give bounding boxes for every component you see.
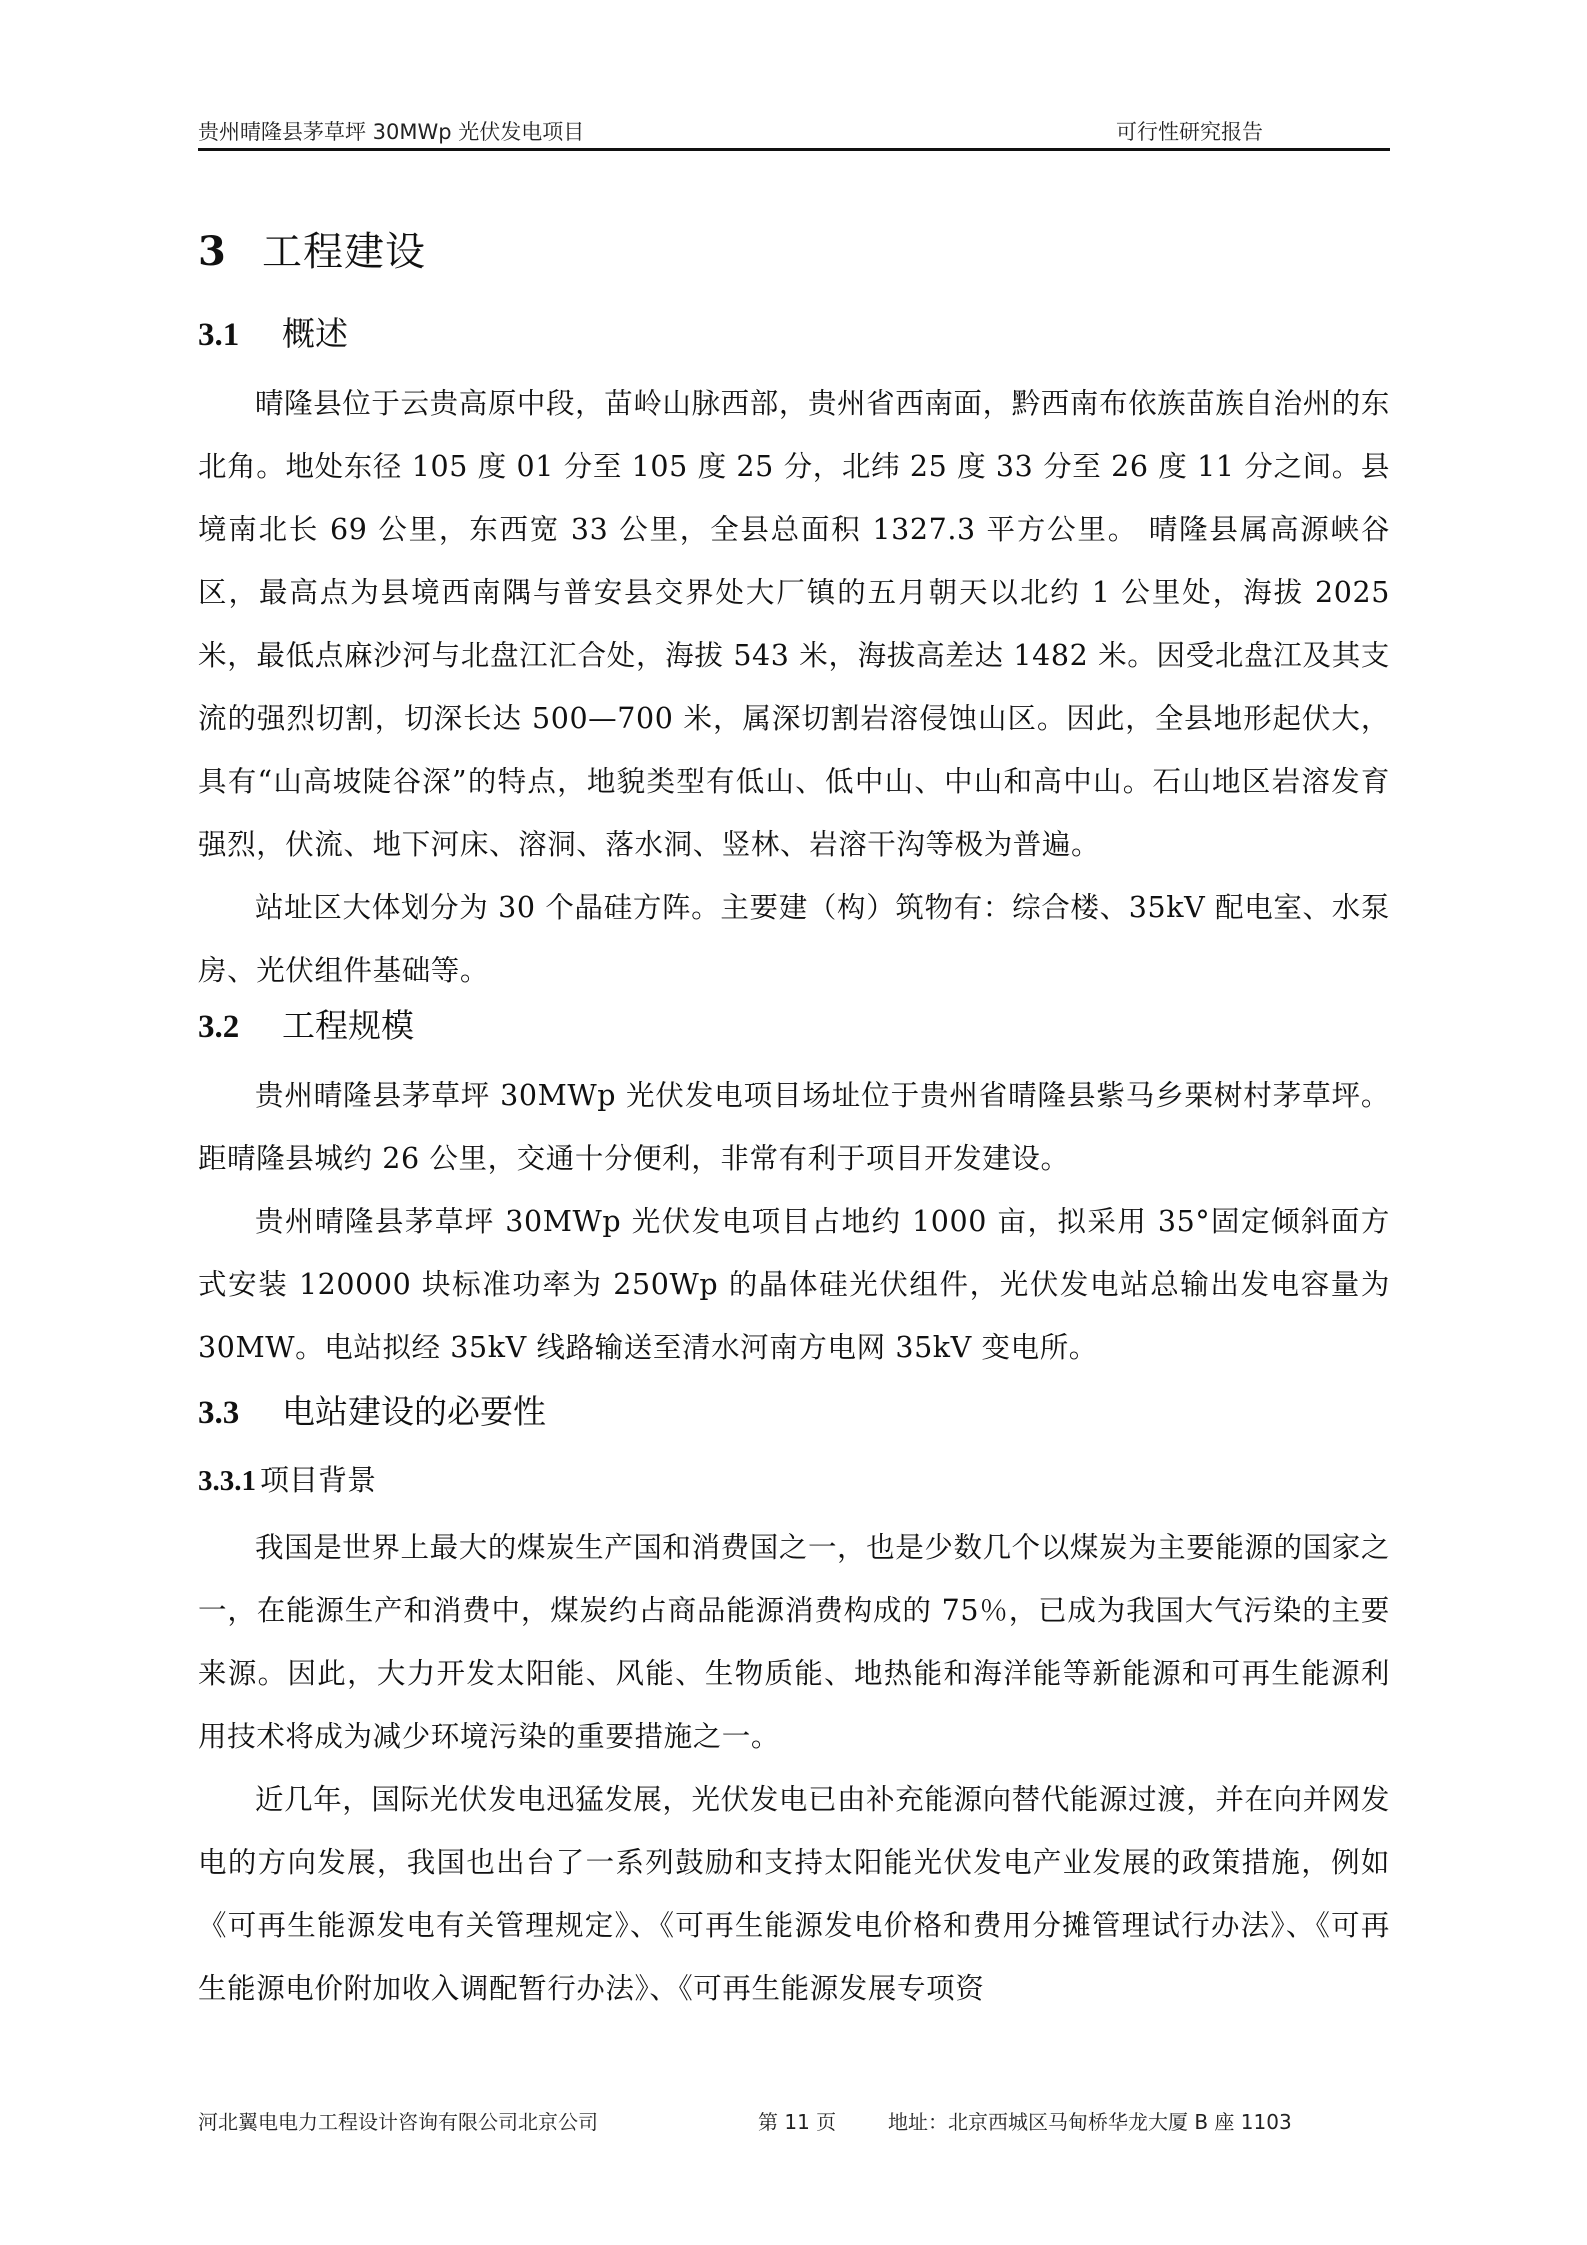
paragraph-overview: 晴隆县位于云贵高原中段，苗岭山脉西部，贵州省西南面，黔西南布依族苗族自治州的东北… bbox=[198, 372, 1390, 876]
section-heading-3-3: 3.3电站建设的必要性 bbox=[198, 1386, 546, 1433]
paragraph-background-coal: 我国是世界上最大的煤炭生产国和消费国之一，也是少数几个以煤炭为主要能源的国家之一… bbox=[198, 1516, 1390, 1768]
project-title: 贵州晴隆县茅草坪 30MWp 光伏发电项目 bbox=[198, 116, 584, 146]
paragraph-site-location: 贵州晴隆县茅草坪 30MWp 光伏发电项目场址位于贵州省晴隆县紫马乡栗树村茅草坪… bbox=[198, 1064, 1390, 1190]
document-type: 可行性研究报告 bbox=[1116, 116, 1263, 146]
page-header: 贵州晴隆县茅草坪 30MWp 光伏发电项目 可行性研究报告 bbox=[198, 112, 1390, 151]
section-number: 3.3 bbox=[198, 1395, 282, 1432]
subsection-number: 3.3.1 bbox=[198, 1465, 256, 1497]
paragraph-capacity: 贵州晴隆县茅草坪 30MWp 光伏发电项目占地约 1000 亩，拟采用 35°固… bbox=[198, 1190, 1390, 1379]
paragraph-site-layout: 站址区大体划分为 30 个晶硅方阵。主要建（构）筑物有：综合楼、35kV 配电室… bbox=[198, 876, 1390, 1002]
subsection-heading-3-3-1: 3.3.1项目背景 bbox=[198, 1458, 376, 1499]
section-title-text: 概述 bbox=[282, 314, 348, 353]
section-heading-3-1: 3.1概述 bbox=[198, 308, 348, 355]
paragraph-background-policy: 近几年，国际光伏发电迅猛发展，光伏发电已由补充能源向替代能源过渡，并在向并网发电… bbox=[198, 1768, 1390, 2020]
chapter-title-text: 工程建设 bbox=[262, 229, 426, 275]
section-heading-3-2: 3.2工程规模 bbox=[198, 1000, 414, 1047]
footer-address: 地址：北京西城区马甸桥华龙大厦 B 座 1103 bbox=[888, 2106, 1292, 2135]
chapter-number: 3 bbox=[198, 228, 262, 275]
section-title-text: 电站建设的必要性 bbox=[282, 1392, 546, 1431]
section-title-text: 工程规模 bbox=[282, 1006, 414, 1045]
subsection-title-text: 项目背景 bbox=[260, 1463, 376, 1497]
section-number: 3.2 bbox=[198, 1009, 282, 1046]
footer-company: 河北翼电电力工程设计咨询有限公司北京公司 bbox=[198, 2106, 598, 2135]
section-number: 3.1 bbox=[198, 317, 282, 354]
chapter-title: 3工程建设 bbox=[198, 220, 426, 277]
footer-page-number: 第 11 页 bbox=[758, 2106, 836, 2135]
